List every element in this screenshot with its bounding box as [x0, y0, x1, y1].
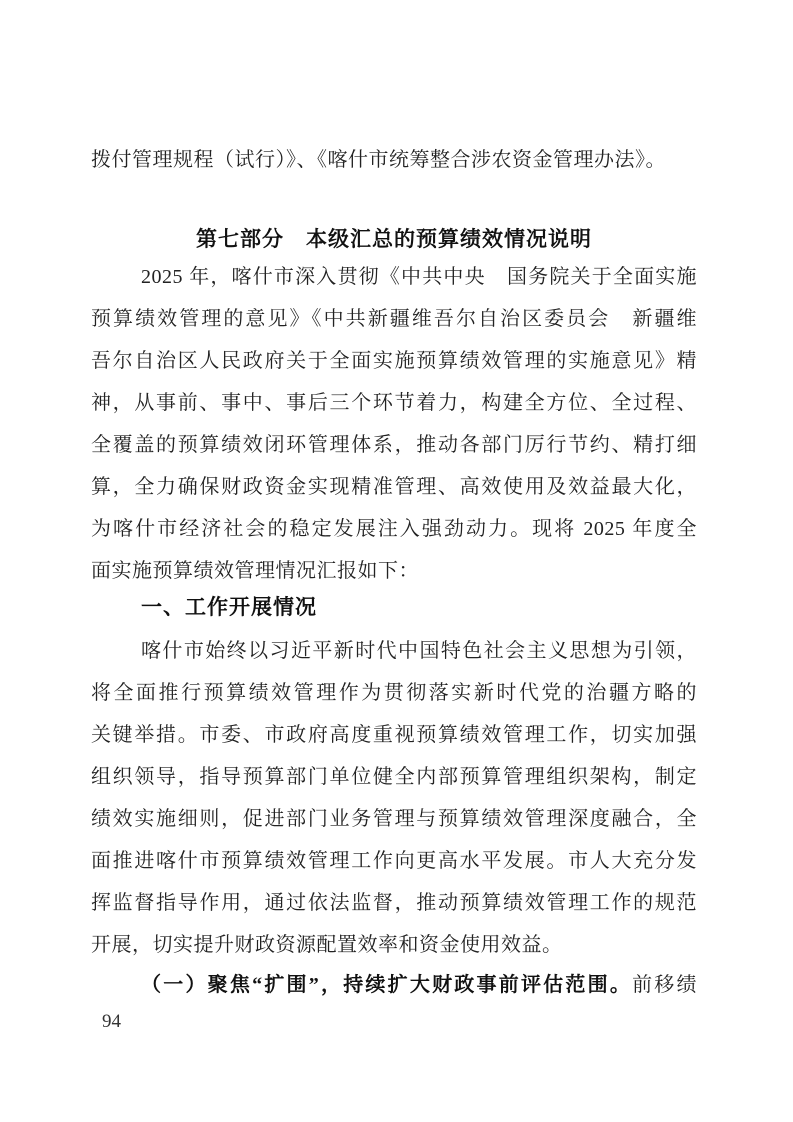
sub-heading: 一、工作开展情况 [91, 587, 697, 629]
body-line: 全覆盖的预算绩效闭环管理体系，推动各部门厉行节约、精打细 [91, 424, 697, 466]
body-line: 拨付管理规程（试行）》、《喀什市统筹整合涉农资金管理办法》。 [91, 139, 697, 181]
body-line: 为喀什市经济社会的稳定发展注入强劲动力。现将 2025 年度全 [91, 508, 697, 550]
section-heading: 第七部分 本级汇总的预算绩效情况说明 [91, 219, 697, 261]
paragraph-3: （一）聚焦“扩围”，持续扩大财政事前评估范围。前移绩 [91, 964, 697, 1006]
body-line: 2025 年，喀什市深入贯彻《中共中央 国务院关于全面实施 [91, 256, 697, 298]
body-line: 开展，切实提升财政资源配置效率和资金使用效益。 [91, 924, 697, 966]
body-line: 将全面推行预算绩效管理作为贯彻落实新时代党的治疆方略的 [91, 672, 697, 714]
body-line: 喀什市始终以习近平新时代中国特色社会主义思想为引领， [91, 630, 697, 672]
bold-lead-sentence: （一）聚焦“扩围”，持续扩大财政事前评估范围。 [141, 974, 632, 996]
body-line: 面实施预算绩效管理情况汇报如下： [91, 550, 697, 592]
body-line: 神，从事前、事中、事后三个环节着力，构建全方位、全过程、 [91, 382, 697, 424]
body-line: 组织领导，指导预算部门单位健全内部预算管理组织架构，制定 [91, 756, 697, 798]
body-line: 绩效实施细则，促进部门业务管理与预算绩效管理深度融合，全 [91, 798, 697, 840]
body-line: 预算绩效管理的意见》《中共新疆维吾尔自治区委员会 新疆维 [91, 298, 697, 340]
carryover-paragraph: 拨付管理规程（试行）》、《喀什市统筹整合涉农资金管理办法》。 [91, 139, 697, 181]
body-line: 面推进喀什市预算绩效管理工作向更高水平发展。市人大充分发 [91, 840, 697, 882]
paragraph-1: 2025 年，喀什市深入贯彻《中共中央 国务院关于全面实施 预算绩效管理的意见》… [91, 256, 697, 592]
body-text: 前移绩 [632, 974, 697, 996]
body-line: 关键举措。市委、市政府高度重视预算绩效管理工作，切实加强 [91, 714, 697, 756]
paragraph-2: 喀什市始终以习近平新时代中国特色社会主义思想为引领， 将全面推行预算绩效管理作为… [91, 630, 697, 966]
body-line: （一）聚焦“扩围”，持续扩大财政事前评估范围。前移绩 [91, 964, 697, 1006]
document-page: 拨付管理规程（试行）》、《喀什市统筹整合涉农资金管理办法》。 第七部分 本级汇总… [0, 0, 793, 1122]
body-line: 算，全力确保财政资金实现精准管理、高效使用及效益最大化， [91, 466, 697, 508]
body-line: 吾尔自治区人民政府关于全面实施预算绩效管理的实施意见》精 [91, 340, 697, 382]
page-number: 94 [102, 1008, 121, 1036]
body-line: 挥监督指导作用，通过依法监督，推动预算绩效管理工作的规范 [91, 882, 697, 924]
